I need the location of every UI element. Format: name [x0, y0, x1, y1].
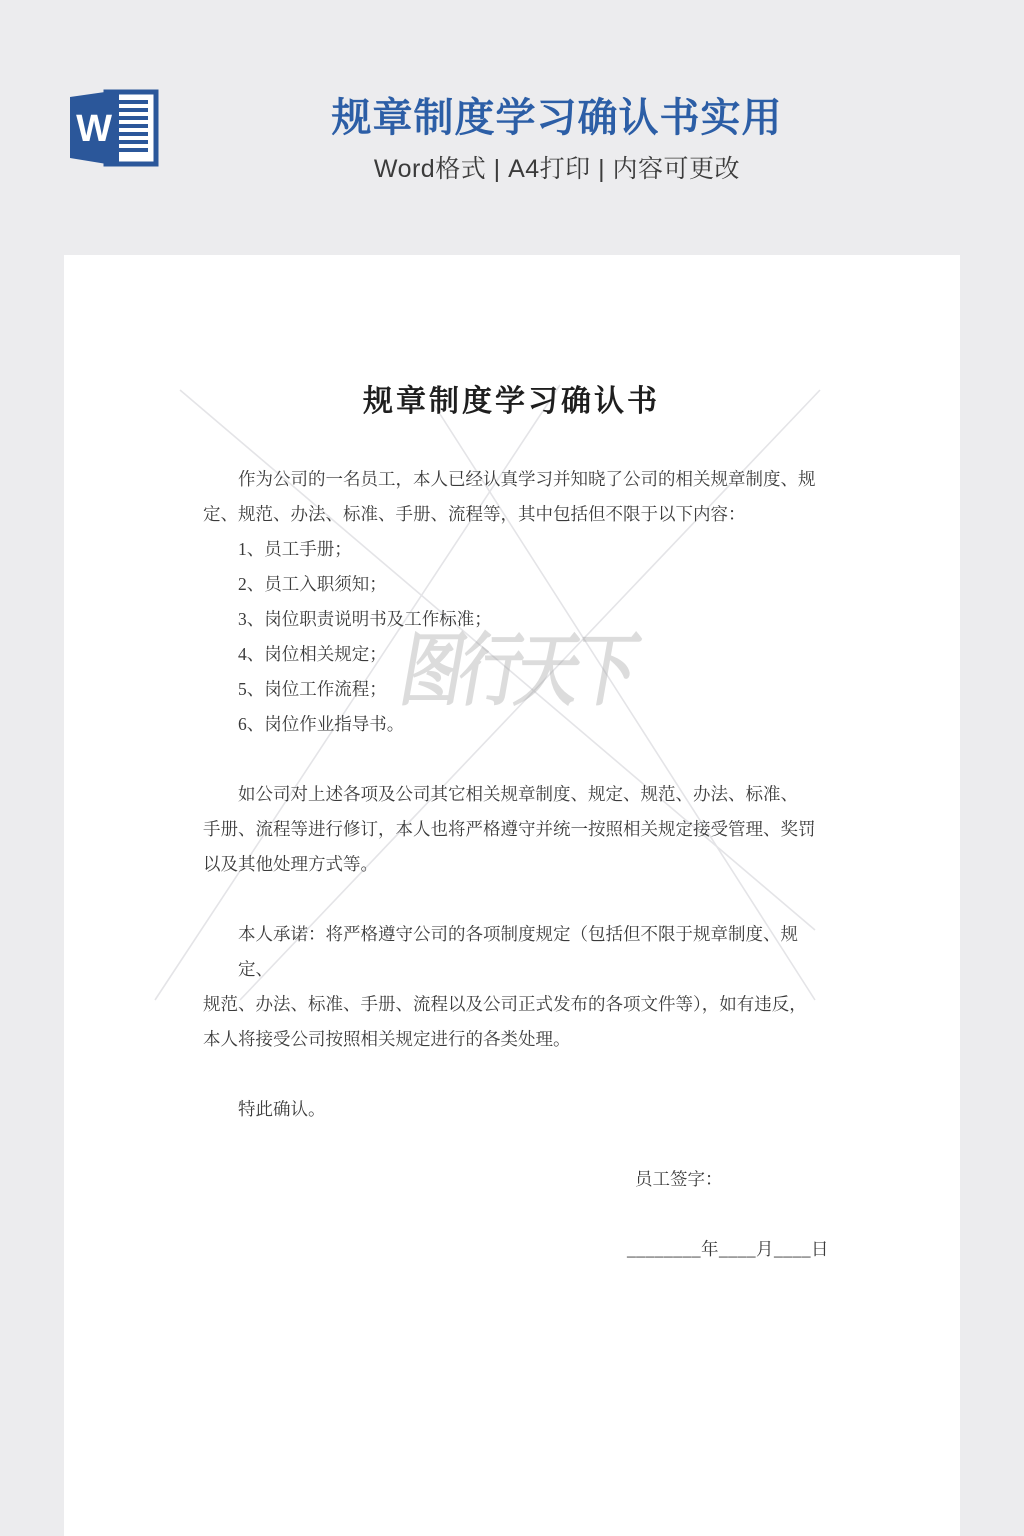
template-preview-screen: W 规章制度学习确认书实用 Word格式 | A4打印 | 内容可更改 图行天下… [0, 0, 1024, 1536]
date-blank-line: ________年____月____日 [203, 1232, 820, 1267]
banner-title: 规章制度学习确认书实用 [90, 94, 1024, 142]
document-title: 规章制度学习确认书 [203, 380, 820, 424]
list-item: 3、岗位职责说明书及工作标准； [203, 602, 820, 637]
banner-text: 规章制度学习确认书实用 Word格式 | A4打印 | 内容可更改 [90, 94, 1024, 184]
paragraph-line: 以及其他处理方式等。 [203, 847, 820, 882]
list-item: 2、员工入职须知； [203, 567, 820, 602]
document-page: 图行天下 规章制度学习确认书 作为公司的一名员工，本人已经认真学习并知晓了公司的… [64, 255, 960, 1536]
paragraph-line: 手册、流程等进行修订，本人也将严格遵守并统一按照相关规定接受管理、奖罚 [203, 812, 820, 847]
paragraph-line: 作为公司的一名员工，本人已经认真学习并知晓了公司的相关规章制度、规 [203, 462, 820, 497]
banner-subtitle: Word格式 | A4打印 | 内容可更改 [90, 155, 1024, 184]
paragraph-line: 本人将接受公司按照相关规定进行的各类处理。 [203, 1022, 820, 1057]
list-item: 4、岗位相关规定； [203, 637, 820, 672]
paragraph-line: 定、规范、办法、标准、手册、流程等，其中包括但不限于以下内容： [203, 497, 820, 532]
paragraph-line: 规范、办法、标准、手册、流程以及公司正式发布的各项文件等），如有违反， [203, 987, 820, 1022]
list-item: 1、员工手册； [203, 532, 820, 567]
paragraph-line: 本人承诺：将严格遵守公司的各项制度规定（包括但不限于规章制度、规定、 [203, 917, 820, 987]
paragraph-intro: 作为公司的一名员工，本人已经认真学习并知晓了公司的相关规章制度、规定、规范、办法… [203, 462, 820, 532]
paragraph-promise: 本人承诺：将严格遵守公司的各项制度规定（包括但不限于规章制度、规定、规范、办法、… [203, 917, 820, 1057]
confirmation-line: 特此确认。 [203, 1092, 820, 1127]
list-item: 5、岗位工作流程； [203, 672, 820, 707]
numbered-list: 1、员工手册；2、员工入职须知；3、岗位职责说明书及工作标准；4、岗位相关规定；… [203, 532, 820, 742]
signature-label: 员工签字： [203, 1162, 820, 1197]
document-body: 规章制度学习确认书 作为公司的一名员工，本人已经认真学习并知晓了公司的相关规章制… [203, 380, 820, 1267]
paragraph-revision: 如公司对上述各项及公司其它相关规章制度、规定、规范、办法、标准、手册、流程等进行… [203, 777, 820, 882]
header-banner: W 规章制度学习确认书实用 Word格式 | A4打印 | 内容可更改 [0, 0, 1024, 255]
paragraph-line: 如公司对上述各项及公司其它相关规章制度、规定、规范、办法、标准、 [203, 777, 820, 812]
list-item: 6、岗位作业指导书。 [203, 707, 820, 742]
